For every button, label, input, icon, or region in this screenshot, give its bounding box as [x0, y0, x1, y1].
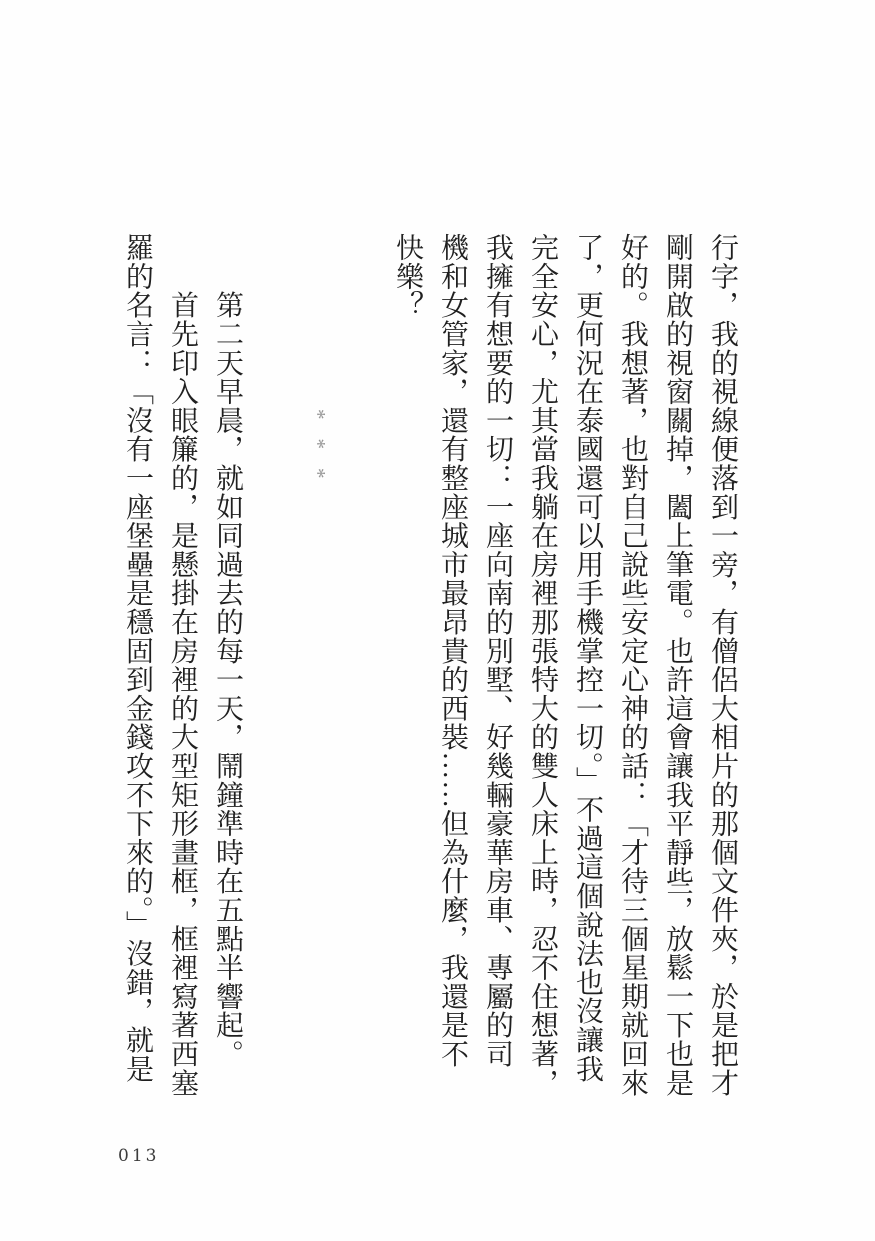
- text-column: 機和女管家，還有整座城市最昂貴的西裝……但為什麼，我還是不: [430, 233, 475, 1099]
- text-column: 我擁有想要的一切：一座向南的別墅、好幾輛豪華房車、專屬的司: [475, 233, 520, 1099]
- page-number: 013: [118, 1146, 159, 1166]
- text-column: 羅的名言：「沒有一座堡壘是穩固到金錢攻不下來的。」沒錯，就是: [115, 233, 160, 1099]
- text-column: 行字，我的視線便落到一旁，有僧侶大相片的那個文件夾，於是把才: [700, 233, 745, 1099]
- section-divider: ***: [295, 233, 340, 1099]
- text-column: 剛開啟的視窗關掉，闔上筆電。也許這會讓我平靜些，放鬆一下也是: [655, 233, 700, 1099]
- text-column: 首先印入眼簾的，是懸掛在房裡的大型矩形畫框，框裡寫著西塞: [160, 233, 205, 1099]
- text-column: 完全安心，尤其當我躺在房裡那張特大的雙人床上時，忍不住想著，: [520, 233, 565, 1099]
- text-column: 快樂？: [385, 233, 430, 1099]
- text-column: 好的。我想著，也對自己說些安定心神的話：「才待三個星期就回來: [610, 233, 655, 1099]
- text-column: 第二天早晨，就如同過去的每一天，鬧鐘準時在五點半響起。: [205, 233, 250, 1099]
- text-column: 了，更何況在泰國還可以用手機掌控一切。」不過這個說法也沒讓我: [565, 233, 610, 1099]
- vertical-text-block: 行字，我的視線便落到一旁，有僧侶大相片的那個文件夾，於是把才剛開啟的視窗關掉，闔…: [115, 233, 745, 1099]
- book-page: 行字，我的視線便落到一旁，有僧侶大相片的那個文件夾，於是把才剛開啟的視窗關掉，闔…: [0, 0, 875, 1241]
